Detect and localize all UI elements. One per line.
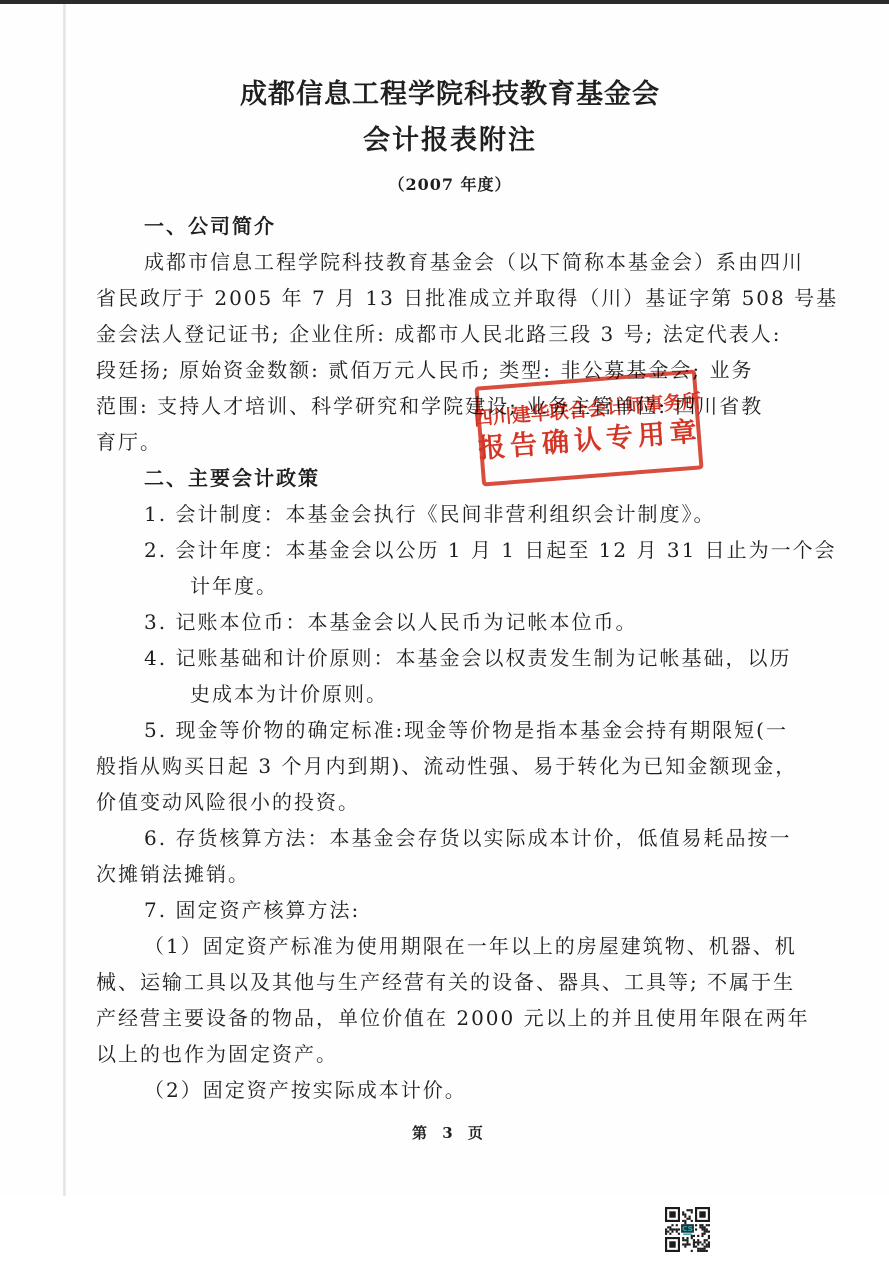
document-content: 成都信息工程学院科技教育基金会 会计报表附注 （2007 年度） 一、公司简介成… [96, 4, 804, 1143]
text-line: 般指从购买日起 3 个月内到期)、流动性强、易于转化为已知金额现金， [96, 748, 804, 784]
text-line: 3. 记账本位币：本基金会以人民币为记帐本位币。 [96, 604, 804, 640]
text-line: 5. 现金等价物的确定标准:现金等价物是指本基金会持有期限短(一 [96, 712, 804, 748]
red-accountant-stamp: 四川建华联合会计师事务所 报告确认专用章 [474, 369, 703, 486]
text-line: 7. 固定资产核算方法: [96, 892, 804, 928]
text-line: 产经营主要设备的物品，单位价值在 2000 元以上的并且使用年限在两年 [96, 1000, 804, 1036]
text-line: 段廷扬; 原始资金数额: 贰佰万元人民币; 类型: 非公募基金会; 业务 [96, 352, 804, 388]
text-line: （1）固定资产标准为使用期限在一年以上的房屋建筑物、机器、机 [96, 928, 804, 964]
qr-code-icon: CS [663, 1207, 712, 1252]
text-line: 金会法人登记证书; 企业住所: 成都市人民北路三段 3 号; 法定代表人: [96, 316, 804, 352]
text-line: 6. 存货核算方法：本基金会存货以实际成本计价，低值易耗品按一 [96, 820, 804, 856]
document-body: 一、公司简介成都市信息工程学院科技教育基金会（以下简称本基金会）系由四川省民政厅… [96, 208, 804, 1108]
document-title: 成都信息工程学院科技教育基金会 [96, 78, 804, 112]
page-number: 第 3 页 [96, 1122, 804, 1143]
text-line: 4. 记账基础和计价原则：本基金会以权责发生制为记帐基础，以历 [96, 640, 804, 676]
text-line: 械、运输工具以及其他与生产经营有关的设备、器具、工具等; 不属于生 [96, 964, 804, 1000]
text-line: 次摊销法摊销。 [96, 856, 804, 892]
text-line: 价值变动风险很小的投资。 [96, 784, 804, 820]
text-line: 成都市信息工程学院科技教育基金会（以下简称本基金会）系由四川 [96, 244, 804, 280]
text-line: 一、公司简介 [96, 208, 804, 244]
text-line: （2）固定资产按实际成本计价。 [96, 1072, 804, 1108]
document-year: （2007 年度） [96, 174, 804, 196]
text-line: 计年度。 [96, 568, 804, 604]
page-left-edge-shadow [63, 4, 66, 1196]
text-line: 以上的也作为固定资产。 [96, 1036, 804, 1072]
text-line: 1. 会计制度：本基金会执行《民间非营利组织会计制度》。 [96, 496, 804, 532]
document-subtitle-title: 会计报表附注 [96, 124, 804, 158]
qr-logo-label: CS [682, 1224, 693, 1233]
text-line: 省民政厅于 2005 年 7 月 13 日批准成立并取得（川）基证字第 508 … [96, 280, 804, 316]
text-line: 史成本为计价原则。 [96, 676, 804, 712]
text-line: 2. 会计年度：本基金会以公历 1 月 1 日起至 12 月 31 日止为一个会 [96, 532, 804, 568]
